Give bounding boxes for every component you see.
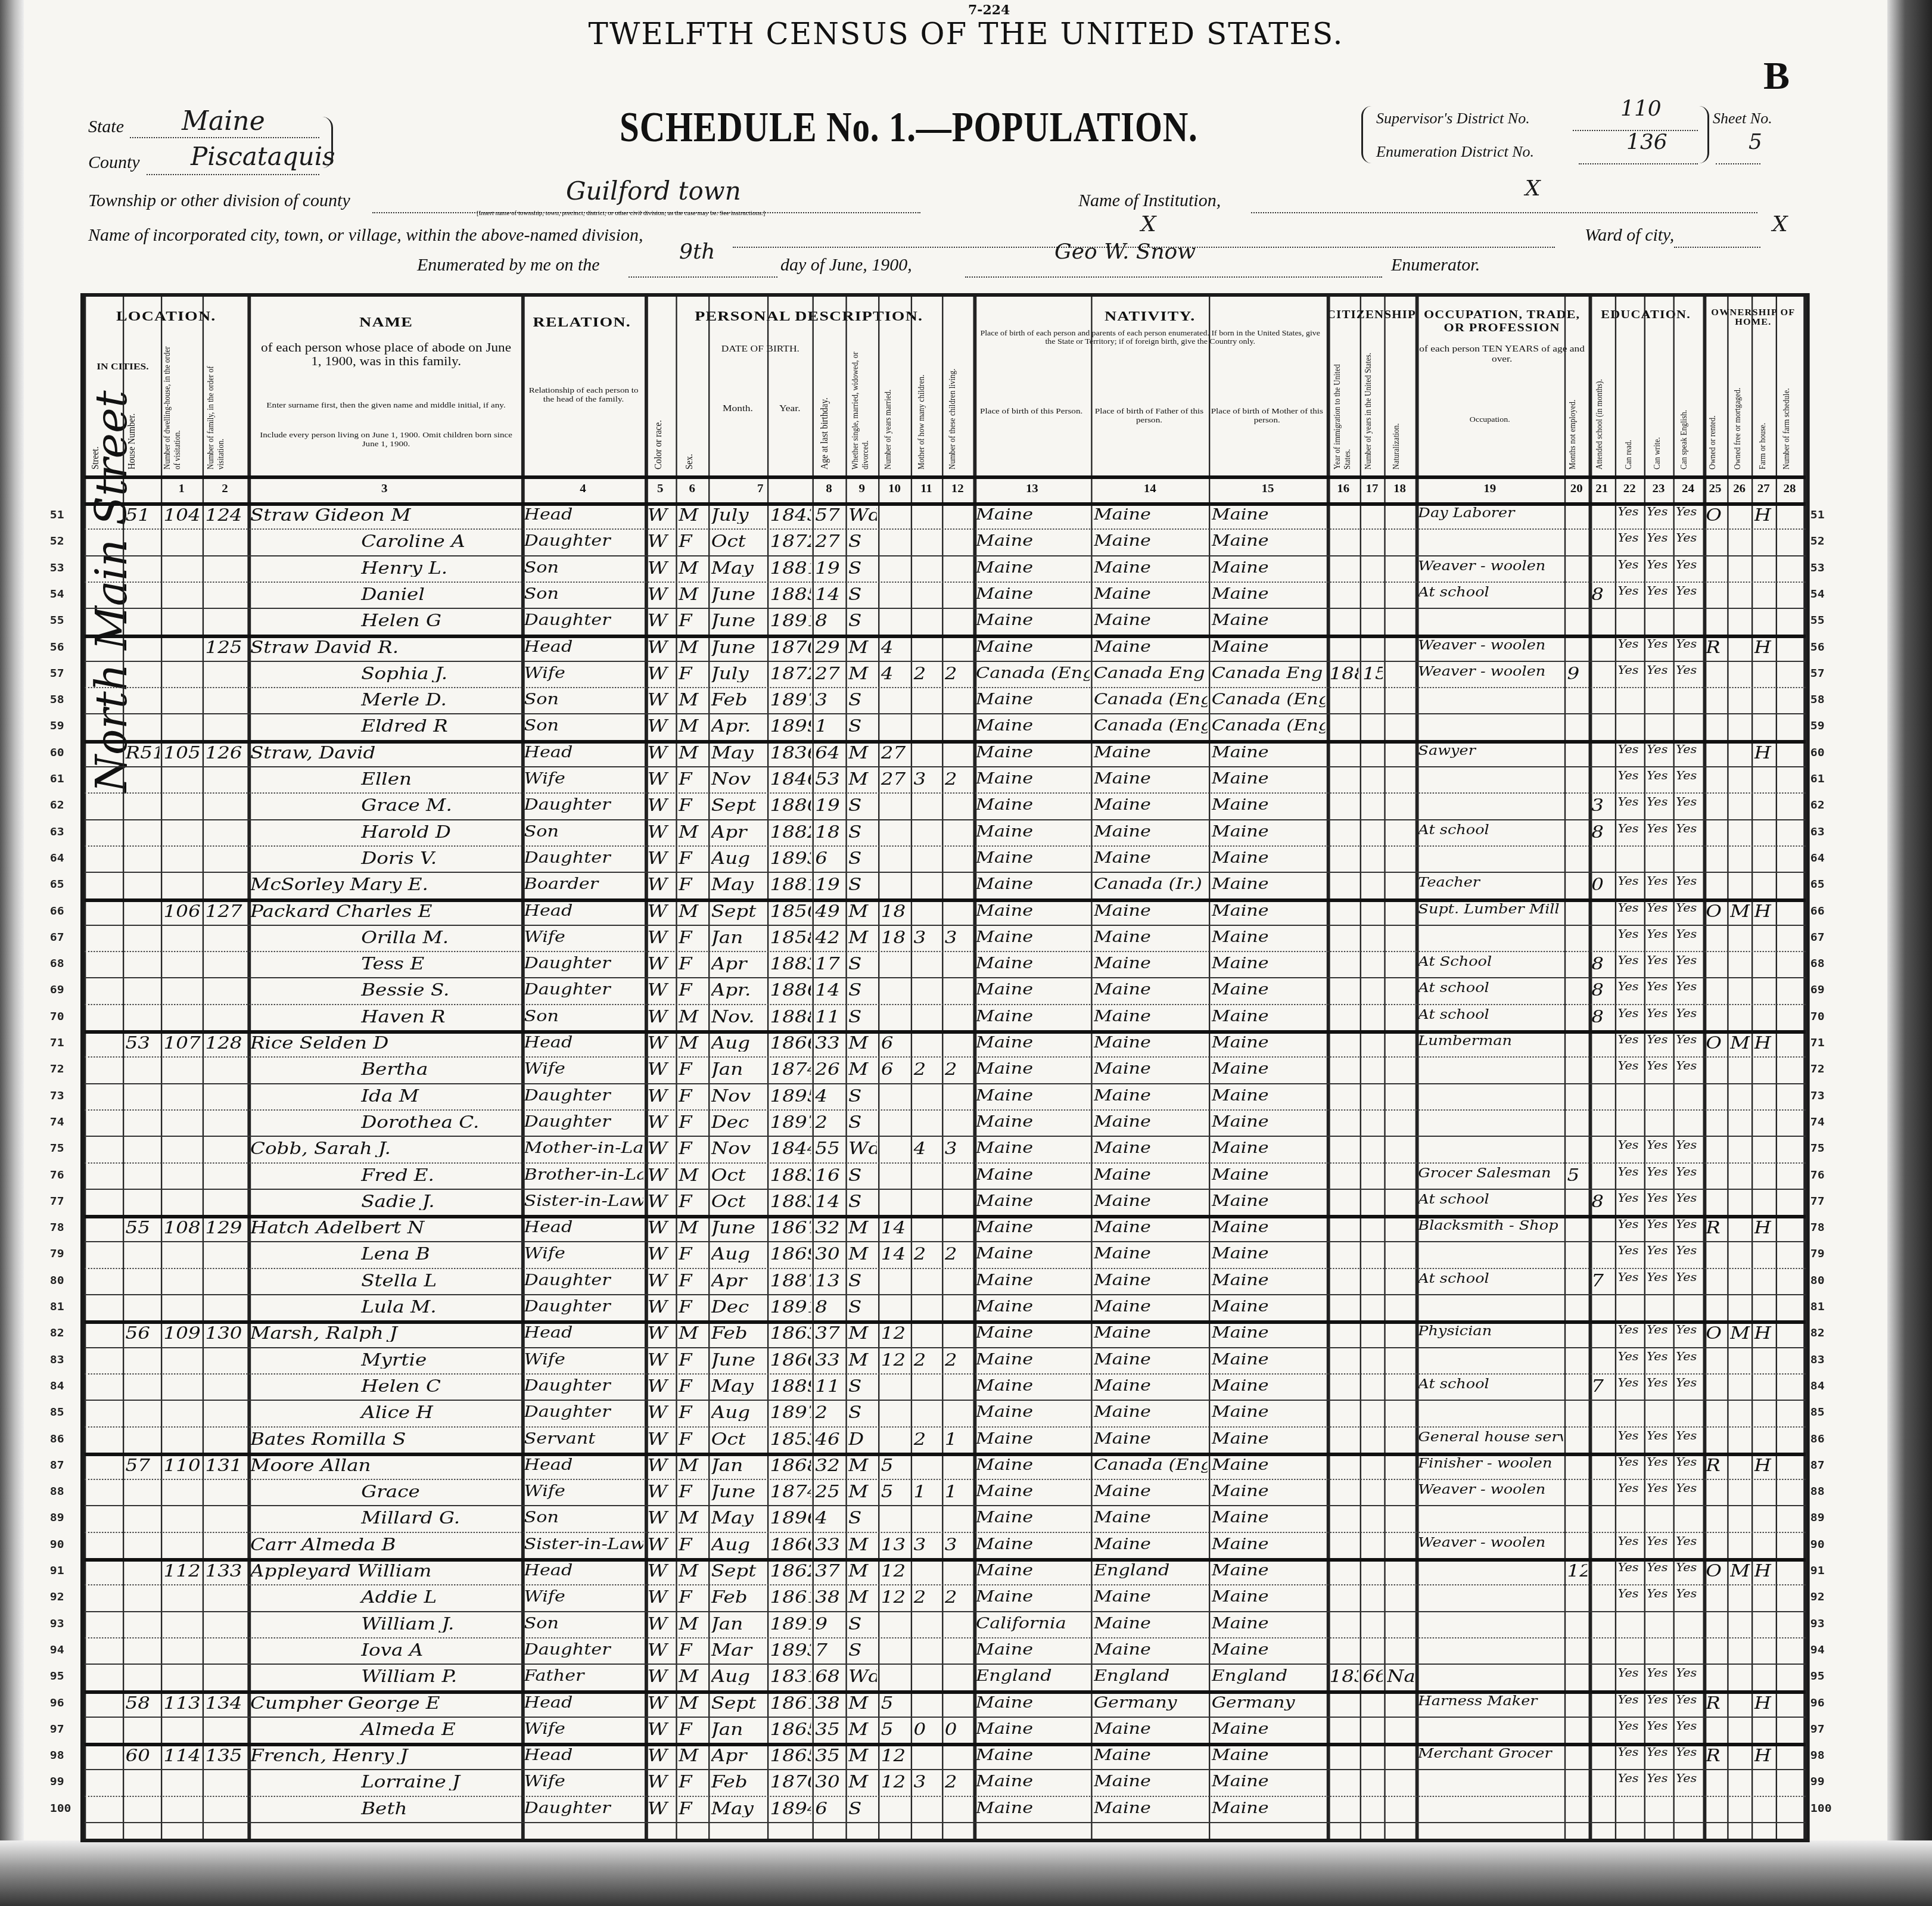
cell-age: 16: [815, 1167, 844, 1184]
cell-month: Nov: [711, 1088, 766, 1105]
cell-month: Sept: [711, 1563, 766, 1579]
cell-year: 1870: [770, 1774, 811, 1790]
cell-pob-mother: Maine: [1212, 1378, 1326, 1394]
cell-read: Yes: [1617, 1668, 1642, 1679]
cell-write: Yes: [1647, 1563, 1672, 1574]
cell-pob: England: [976, 1668, 1090, 1684]
cell-mother-of: 3: [913, 1537, 940, 1553]
cell-pob: Maine: [976, 1695, 1090, 1711]
cell-pob-mother: Maine: [1212, 1273, 1326, 1288]
cell-sex: M: [679, 1457, 707, 1474]
line-number-left: 84: [50, 1380, 64, 1392]
cell-year: 1888: [770, 1009, 811, 1025]
cell-mother-of: 2: [913, 1589, 940, 1606]
cell-yrs-us: 66: [1362, 1668, 1383, 1685]
institution-value: X: [1525, 176, 1541, 201]
cell-marital: S: [848, 1167, 877, 1184]
enumerated-day: 9th: [679, 240, 715, 264]
column-number: 17: [1360, 483, 1385, 495]
cell-marital: M: [848, 1457, 877, 1474]
cell-relation: Daughter: [524, 1299, 643, 1314]
cell-unemployed: 9: [1567, 666, 1587, 682]
cell-pob-mother: Maine: [1212, 1589, 1326, 1605]
cell-sex: F: [679, 666, 707, 682]
cell-month: May: [711, 1378, 766, 1395]
cell-age: 30: [815, 1246, 844, 1263]
cell-pob-mother: Maine: [1212, 1299, 1326, 1314]
cell-relation: Brother-in-Law: [524, 1167, 643, 1183]
cell-pob-father: Maine: [1094, 1088, 1208, 1103]
column-number: 16: [1327, 483, 1360, 495]
line-number-left: 57: [50, 668, 64, 680]
cell-age: 4: [815, 1088, 844, 1105]
cell-english: Yes: [1676, 876, 1701, 887]
cell-read: Yes: [1617, 1484, 1642, 1494]
cell-color: W: [648, 1589, 674, 1606]
cell-marital: M: [848, 1748, 877, 1764]
cell-month: Feb: [711, 692, 766, 708]
cell-pob-mother: Maine: [1212, 1088, 1326, 1103]
cell-relation: Wife: [524, 929, 643, 945]
table-row: R51105126Straw, DavidHeadWMMay183664M27M…: [85, 740, 1803, 766]
cell-farm: H: [1754, 507, 1775, 524]
cell-name: French, Henry J: [250, 1748, 520, 1764]
cell-pob: Maine: [976, 824, 1090, 839]
cell-relation: Servant: [524, 1431, 643, 1447]
line-number-left: 91: [50, 1565, 64, 1577]
cell-yrs-married: 6: [881, 1061, 910, 1078]
column-number: 22: [1615, 483, 1644, 495]
cell-color: W: [648, 797, 674, 814]
cell-age: 68: [815, 1668, 844, 1685]
cell-color: W: [648, 1220, 674, 1236]
header-name-sub: of each person whose place of abode on J…: [258, 341, 514, 369]
line-number-left: 76: [50, 1170, 64, 1181]
cell-relation: Wife: [524, 1589, 643, 1605]
cell-name: Cumpher George E: [250, 1695, 520, 1712]
cell-pob-father: Canada (Eng): [1094, 718, 1208, 733]
line-number-left: 64: [50, 853, 64, 865]
cell-pob: Maine: [976, 612, 1090, 628]
table-row: Merle D.SonWMFeb18973SMaineCanada (Eng)C…: [85, 687, 1803, 713]
cell-pob-mother: Maine: [1212, 1510, 1326, 1525]
cell-owned: O: [1706, 1035, 1726, 1052]
cell-age: 30: [815, 1774, 844, 1790]
cell-age: 2: [815, 1114, 844, 1131]
cell-year: 1874: [770, 1061, 811, 1078]
cell-month: Dec: [711, 1299, 766, 1316]
cell-relation: Wife: [524, 1352, 643, 1367]
table-row: 57110131Moore AllanHeadWMJan186832M5Main…: [85, 1453, 1803, 1479]
cell-read: Yes: [1617, 560, 1642, 571]
cell-month: Feb: [711, 1325, 766, 1342]
cell-english: Yes: [1676, 1246, 1701, 1257]
cell-write: Yes: [1647, 507, 1672, 518]
header-occupation: Occupation.: [1415, 416, 1564, 424]
line-number: 52: [1810, 536, 1825, 548]
cell-english: Yes: [1676, 797, 1701, 808]
cell-marital: M: [848, 1695, 877, 1712]
column-number: 23: [1644, 483, 1673, 495]
cell-year: 1895: [770, 1088, 811, 1105]
cell-mother-of: 3: [913, 929, 940, 946]
line-number: 94: [1810, 1644, 1825, 1656]
cell-read: Yes: [1617, 639, 1642, 650]
cell-marital: M: [848, 1352, 877, 1369]
line-number-left: 96: [50, 1697, 64, 1709]
cell-living: 2: [945, 1352, 972, 1369]
header-pob-mother: Place of birth of Mother of this person.: [1209, 407, 1325, 425]
cell-age: 49: [815, 903, 844, 920]
cell-relation: Head: [524, 1695, 643, 1711]
cell-read: Yes: [1617, 1273, 1642, 1283]
line-number-left: 97: [50, 1724, 64, 1736]
cell-year: 1896: [770, 1510, 811, 1526]
cell-pob-father: Germany: [1094, 1695, 1208, 1711]
cell-pob-mother: Maine: [1212, 1061, 1326, 1077]
supervisor-label: Supervisor's District No.: [1376, 110, 1530, 128]
cell-immig: 1833: [1329, 1668, 1358, 1685]
line-number-left: 66: [50, 906, 64, 918]
cell-pob-mother: Canada (Eng): [1212, 718, 1326, 733]
cell-month: Apr: [711, 1748, 766, 1764]
cell-year: 1862: [770, 1563, 811, 1579]
cell-write: Yes: [1647, 586, 1672, 597]
cell-pob-father: Maine: [1094, 1009, 1208, 1024]
cell-color: W: [648, 1404, 674, 1421]
cell-year: 1872: [770, 666, 811, 682]
cell-marital: S: [848, 533, 877, 550]
cell-english: Yes: [1676, 666, 1701, 676]
cell-pob-father: Maine: [1094, 1220, 1208, 1235]
cell-year: 1883: [770, 1167, 811, 1184]
cell-english: Yes: [1676, 1668, 1701, 1679]
cell-age: 26: [815, 1061, 844, 1078]
line-number: 60: [1810, 747, 1825, 759]
cell-english: Yes: [1676, 560, 1701, 571]
cell-write: Yes: [1647, 560, 1672, 571]
cell-sex: F: [679, 1299, 707, 1316]
cell-month: Apr.: [711, 982, 766, 999]
cell-month: May: [711, 876, 766, 893]
line-number-left: 59: [50, 720, 64, 732]
cell-relation: Daughter: [524, 612, 643, 628]
cell-dwelling: 109: [164, 1325, 201, 1342]
cell-pob-father: Maine: [1094, 1404, 1208, 1420]
header-naturalization: Naturalization.: [1391, 362, 1401, 469]
cell-pob-father: Maine: [1094, 929, 1208, 945]
cell-pob: Maine: [976, 1193, 1090, 1209]
cell-pob-father: Maine: [1094, 1616, 1208, 1631]
cell-write: Yes: [1647, 1273, 1672, 1283]
enumeration-label: Enumeration District No.: [1376, 143, 1534, 161]
cell-name: McSorley Mary E.: [250, 876, 520, 893]
cell-mother-of: 1: [913, 1484, 940, 1500]
scan-edge-right: [1887, 0, 1932, 1906]
line-number: 90: [1810, 1539, 1825, 1551]
cell-month: Sept: [711, 797, 766, 814]
cell-relation: Son: [524, 1009, 643, 1024]
cell-pob-father: Canada Eng: [1094, 666, 1208, 681]
cell-age: 11: [815, 1378, 844, 1395]
cell-sex: F: [679, 1537, 707, 1553]
cell-read: Yes: [1617, 824, 1642, 835]
cell-yrs-married: 12: [881, 1352, 910, 1369]
cell-sex: M: [679, 1695, 707, 1712]
line-number: 66: [1810, 906, 1825, 918]
cell-color: W: [648, 1457, 674, 1474]
cell-write: Yes: [1647, 1589, 1672, 1600]
cell-month: Aug: [711, 850, 766, 867]
column-number: 1: [161, 483, 203, 495]
cell-color: W: [648, 507, 674, 524]
cell-yrs-married: 14: [881, 1246, 910, 1263]
cell-read: Yes: [1617, 929, 1642, 940]
cell-marital: M: [848, 1035, 877, 1052]
line-number: 76: [1810, 1170, 1825, 1181]
cell-relation: Daughter: [524, 1114, 643, 1130]
cell-farm: H: [1754, 903, 1775, 920]
cell-marital: M: [848, 1537, 877, 1553]
line-number-left: 60: [50, 747, 64, 759]
table-row: 60114135French, Henry JHeadWMApr186535M1…: [85, 1743, 1803, 1769]
cell-month: July: [711, 507, 766, 524]
cell-month: June: [711, 1220, 766, 1236]
cell-month: June: [711, 1484, 766, 1500]
cell-pob: Maine: [976, 929, 1090, 945]
cell-pob-father: Canada (Eng): [1094, 1457, 1208, 1473]
cell-school: 3: [1591, 797, 1613, 814]
cell-pob-father: Maine: [1094, 771, 1208, 786]
cell-pob-father: Maine: [1094, 1193, 1208, 1209]
cell-color: W: [648, 1009, 674, 1025]
cell-read: Yes: [1617, 1563, 1642, 1574]
city-label: Name of incorporated city, town, or vill…: [88, 225, 643, 245]
cell-pob-mother: England: [1212, 1668, 1326, 1684]
header-date-of-birth: DATE OF BIRTH.: [708, 344, 813, 355]
cell-dwelling: 114: [164, 1748, 201, 1764]
cell-sex: F: [679, 876, 707, 893]
line-number: 100: [1810, 1803, 1832, 1815]
cell-relation: Son: [524, 692, 643, 707]
schedule-title: SCHEDULE No. 1.—POPULATION.: [620, 102, 1198, 152]
cell-sex: M: [679, 1325, 707, 1342]
cell-color: W: [648, 982, 674, 999]
cell-read: Yes: [1617, 1193, 1642, 1204]
cell-month: Jan: [711, 929, 766, 946]
cell-pob: Maine: [976, 586, 1090, 602]
cell-relation: Son: [524, 586, 643, 602]
cell-yrs-married: 4: [881, 639, 910, 656]
cell-pob-father: England: [1094, 1563, 1208, 1578]
cell-relation: Wife: [524, 666, 643, 681]
cell-pob: Maine: [976, 1246, 1090, 1261]
cell-color: W: [648, 1246, 674, 1263]
line-number: 81: [1810, 1301, 1825, 1313]
cell-sex: F: [679, 1352, 707, 1369]
cell-family: 129: [205, 1220, 246, 1236]
cell-year: 1865: [770, 1721, 811, 1738]
cell-sex: M: [679, 1748, 707, 1764]
cell-month: Aug: [711, 1668, 766, 1685]
cell-relation: Daughter: [524, 982, 643, 997]
cell-pob: Maine: [976, 1299, 1090, 1314]
cell-age: 33: [815, 1537, 844, 1553]
cell-marital: M: [848, 745, 877, 761]
cell-pob-mother: Maine: [1212, 1140, 1326, 1156]
cell-pob-mother: Maine: [1212, 1774, 1326, 1789]
cell-marital: Wd: [848, 507, 877, 524]
cell-year: 1886: [770, 982, 811, 999]
cell-pob: Maine: [976, 1642, 1090, 1658]
cell-year: 1891: [770, 1616, 811, 1633]
table-row: William J.SonWMJan18919SCaliforniaMaineM…: [85, 1611, 1803, 1637]
line-number-left: 88: [50, 1486, 64, 1498]
census-title: TWELFTH CENSUS OF THE UNITED STATES.: [0, 17, 1932, 51]
line-number: 69: [1810, 984, 1825, 996]
state-county-brace: [322, 117, 333, 168]
cell-farm: H: [1754, 1325, 1775, 1342]
cell-year: 1881: [770, 560, 811, 577]
cell-pob: Maine: [976, 797, 1090, 813]
line-number: 71: [1810, 1037, 1825, 1049]
cell-age: 7: [815, 1642, 844, 1659]
line-number-left: 87: [50, 1460, 64, 1472]
cell-marital: Wd: [848, 1668, 877, 1685]
cell-color: W: [648, 745, 674, 761]
cell-occupation: Weaver - woolen: [1418, 1537, 1563, 1550]
line-number-left: 70: [50, 1011, 64, 1023]
cell-sex: F: [679, 1061, 707, 1078]
cell-color: W: [648, 1695, 674, 1712]
cell-pob-mother: Maine: [1212, 1009, 1326, 1024]
cell-pob: Maine: [976, 1748, 1090, 1763]
table-row: Cobb, Sarah J.Mother-in-LawWFNov184455Wd…: [85, 1136, 1803, 1162]
state-value: Maine: [182, 106, 265, 136]
cell-month: Oct: [711, 1167, 766, 1184]
cell-pob-father: Maine: [1094, 1642, 1208, 1658]
cell-owned: O: [1706, 507, 1726, 524]
township-value: Guilford town: [566, 176, 741, 206]
cell-relation: Head: [524, 639, 643, 655]
cell-farm: H: [1754, 639, 1775, 656]
cell-marital: S: [848, 824, 877, 841]
cell-write: Yes: [1647, 903, 1672, 914]
cell-year: 1874: [770, 1484, 811, 1500]
header-mother-of: Mother of how many children.: [916, 338, 926, 469]
cell-age: 35: [815, 1721, 844, 1738]
cell-pob-mother: Maine: [1212, 1642, 1326, 1658]
line-number-left: 77: [50, 1196, 64, 1208]
district-brace-left: [1361, 106, 1371, 163]
cell-free: M: [1730, 903, 1750, 920]
line-number: 72: [1810, 1064, 1825, 1075]
cell-year: 1866: [770, 1537, 811, 1553]
cell-relation: Daughter: [524, 1404, 643, 1420]
column-number: 25: [1703, 483, 1728, 495]
cell-family: 125: [205, 639, 246, 656]
cell-pob: Maine: [976, 1510, 1090, 1525]
cell-write: Yes: [1647, 1537, 1672, 1547]
cell-sex: M: [679, 1220, 707, 1236]
cell-pob-father: Maine: [1094, 982, 1208, 997]
cell-yrs-us: 15: [1362, 666, 1383, 682]
cell-pob-father: Maine: [1094, 850, 1208, 866]
line-number: 93: [1810, 1618, 1825, 1630]
cell-read: Yes: [1617, 1140, 1642, 1151]
cell-marital: S: [848, 876, 877, 893]
cell-living: 2: [945, 1246, 972, 1263]
institution-field: [1251, 192, 1757, 213]
line-number: 86: [1810, 1434, 1825, 1445]
cell-pob-mother: Maine: [1212, 507, 1326, 523]
cell-occupation: Weaver - woolen: [1418, 560, 1563, 573]
table-row: Orilla M.WifeWFJan185842M1833MaineMaineM…: [85, 925, 1803, 951]
cell-relation: Head: [524, 1457, 643, 1473]
cell-occupation: At school: [1418, 1009, 1563, 1022]
cell-marital: S: [848, 1088, 877, 1105]
cell-marital: M: [848, 1246, 877, 1263]
table-row: Doris V.DaughterWFAug18936SMaineMaineMai…: [85, 845, 1803, 872]
cell-color: W: [648, 1273, 674, 1289]
cell-read: Yes: [1617, 666, 1642, 676]
cell-age: 3: [815, 692, 844, 708]
cell-sex: F: [679, 1088, 707, 1105]
line-number: 97: [1810, 1724, 1825, 1736]
cell-mother-of: 3: [913, 771, 940, 788]
cell-sex: F: [679, 1273, 707, 1289]
line-number: 89: [1810, 1512, 1825, 1524]
cell-family: 127: [205, 903, 246, 920]
cell-marital: S: [848, 1273, 877, 1289]
cell-month: Apr: [711, 1273, 766, 1289]
cell-color: W: [648, 1167, 674, 1184]
cell-relation: Daughter: [524, 797, 643, 813]
cell-read: Yes: [1617, 771, 1642, 782]
cell-relation: Son: [524, 718, 643, 733]
population-table: LOCATION. IN CITIES. NAME of each person…: [80, 293, 1810, 1842]
cell-school: 8: [1591, 824, 1613, 841]
cell-relation: Sister-in-Law: [524, 1193, 643, 1209]
cell-write: Yes: [1647, 1167, 1672, 1178]
cell-read: Yes: [1617, 876, 1642, 887]
cell-pob: Maine: [976, 507, 1090, 523]
cell-year: 1843: [770, 507, 811, 524]
cell-pob: Maine: [976, 1457, 1090, 1473]
cell-english: Yes: [1676, 1589, 1701, 1600]
cell-school: 8: [1591, 982, 1613, 999]
cell-color: W: [648, 1193, 674, 1210]
line-number-left: 95: [50, 1671, 64, 1683]
cell-color: W: [648, 612, 674, 629]
header-attended-school: Attended school (in months).: [1594, 344, 1604, 469]
cell-sex: F: [679, 1378, 707, 1395]
cell-month: Nov: [711, 771, 766, 788]
cell-year: 1897: [770, 692, 811, 708]
cell-house: 55: [126, 1220, 160, 1236]
cell-sex: M: [679, 1035, 707, 1052]
cell-marital: S: [848, 1299, 877, 1316]
cell-pob-mother: Maine: [1212, 1563, 1326, 1578]
line-number-left: 72: [50, 1064, 64, 1075]
census-sheet: 7-224 TWELFTH CENSUS OF THE UNITED STATE…: [0, 0, 1932, 1906]
cell-occupation: Blacksmith - Shop: [1418, 1220, 1563, 1233]
cell-month: June: [711, 1352, 766, 1369]
cell-marital: M: [848, 1721, 877, 1738]
cell-english: Yes: [1676, 771, 1701, 782]
cell-pob-father: England: [1094, 1668, 1208, 1684]
cell-pob: Maine: [976, 1563, 1090, 1578]
